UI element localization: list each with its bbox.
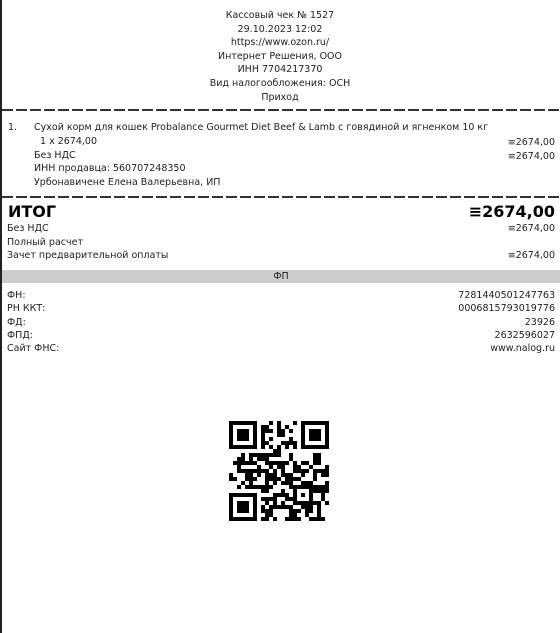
seller-name: Урбонавичене Елена Валерьевна, ИП [34,177,220,188]
item-number: 1. [8,122,17,133]
company-name: Интернет Решения, ООО [0,50,560,64]
company-inn: ИНН 7704217370 [0,63,560,77]
rn-kkt-value: 0006815793019776 [458,302,555,316]
payment-type: Полный расчет [7,236,555,250]
seller-site-link[interactable]: https://www.ozon.ru/ [0,36,560,50]
item-sum: ≡2674,00 [508,136,555,150]
receipt-title: Кассовый чек № 1527 [0,9,560,23]
fp-bar: ФП [2,270,560,283]
item-vat-sum: ≡2674,00 [508,150,555,164]
totals-vat-value: ≡2674,00 [508,222,555,236]
totals-vat-label: Без НДС [7,222,555,236]
fpd-value: 2632596027 [495,329,555,343]
receipt-header: Кассовый чек № 1527 29.10.2023 12:02 htt… [0,9,560,104]
item-name: Сухой корм для кошек Probalance Gourmet … [34,122,488,133]
prepayment-value: ≡2674,00 [508,249,555,263]
receipt-datetime: 29.10.2023 12:02 [0,23,560,37]
qr-code-icon [229,421,329,521]
seller-inn: ИНН продавца: 560707248350 [34,163,186,174]
total-value: ≡2674,00 [469,202,555,221]
fd-label: ФД: [7,316,555,330]
total-label: ИТОГ [8,202,56,221]
divider [2,109,560,111]
fns-site-value[interactable]: www.nalog.ru [490,342,555,356]
prepayment-label: Зачет предварительной оплаты [7,249,555,263]
divider [2,196,560,198]
fns-site-label: Сайт ФНС: [7,342,555,356]
tax-system: Вид налогообложения: ОСН [0,77,560,91]
fd-value: 23926 [525,316,555,330]
item-vat-label: Без НДС [34,150,76,161]
fn-value: 7281440501247763 [458,289,555,303]
operation-type: Приход [0,91,560,105]
item-quantity-price: 1 x 2674,00 [40,136,97,147]
fpd-label: ФПД: [7,329,555,343]
